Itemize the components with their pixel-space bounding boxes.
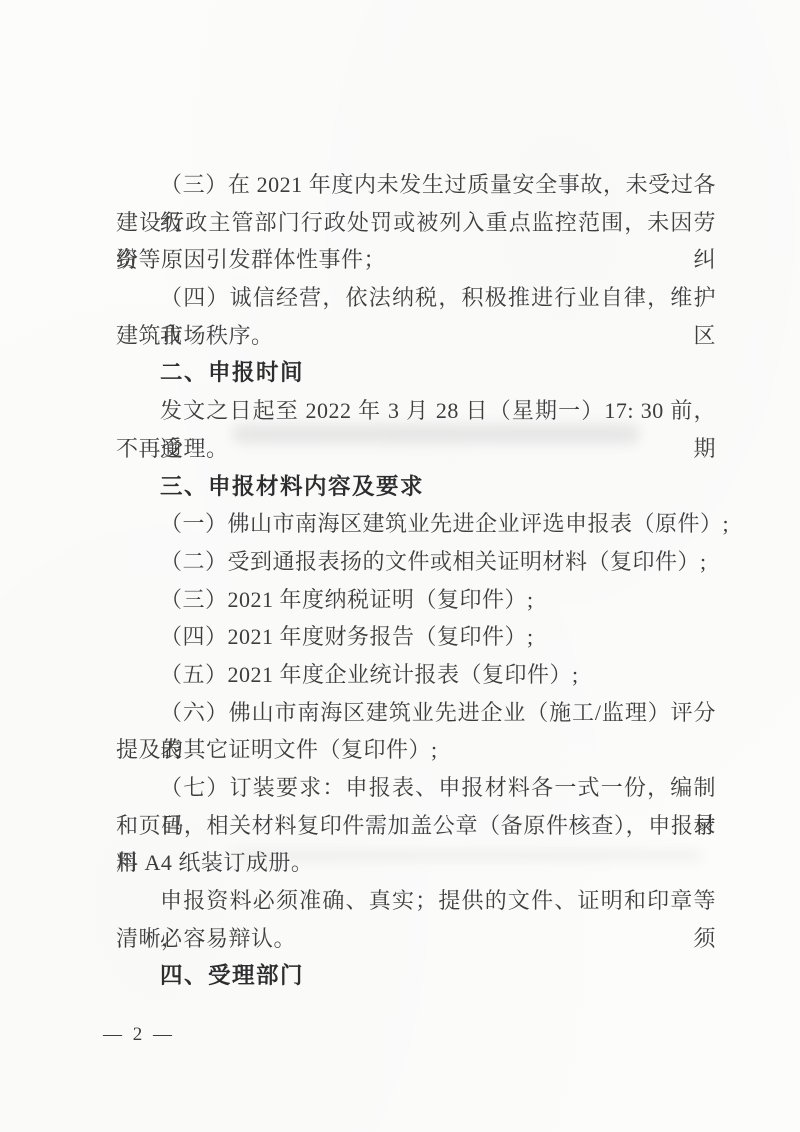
paragraph-condition-3-line-1: （三）在 2021 年度内未发生过质量安全事故，未受过各级	[116, 166, 716, 204]
heading-application-time: 二、申报时间	[116, 354, 716, 392]
heading-accepting-department: 四、受理部门	[116, 957, 716, 995]
page-number: — 2 —	[103, 1024, 175, 1046]
heading-materials-requirements: 三、申报材料内容及要求	[116, 468, 716, 506]
list-item-3: （三）2021 年度纳税证明（复印件）;	[116, 581, 716, 619]
list-item-7-line-2: 和页码，相关材料复印件需加盖公章（备原件核查），申报材料	[116, 807, 716, 845]
paragraph-condition-3-line-2: 建设行政主管部门行政处罚或被列入重点监控范围，未因劳资纠	[116, 204, 716, 242]
list-item-4: （四）2021 年度财务报告（复印件）;	[116, 618, 716, 656]
paragraph-deadline-line-1: 发文之日起至 2022 年 3 月 28 日（星期一）17: 30 前，逾期	[116, 392, 716, 430]
list-item-7-line-3: 用 A4 纸装订成册。	[116, 844, 716, 882]
paragraph-accuracy-line-1: 申报资料必须准确、真实；提供的文件、证明和印章等必须	[116, 882, 716, 920]
list-item-2: （二）受到通报表扬的文件或相关证明材料（复印件）;	[116, 543, 716, 581]
list-item-6-line-1: （六）佛山市南海区建筑业先进企业（施工/监理）评分表	[116, 694, 716, 732]
document-page: （三）在 2021 年度内未发生过质量安全事故，未受过各级 建设行政主管部门行政…	[0, 0, 800, 1132]
document-body: （三）在 2021 年度内未发生过质量安全事故，未受过各级 建设行政主管部门行政…	[116, 166, 716, 995]
list-item-5: （五）2021 年度企业统计报表（复印件）;	[116, 656, 716, 694]
list-item-7-line-1: （七）订装要求：申报表、申报材料各一式一份，编制目录	[116, 769, 716, 807]
paragraph-condition-4-line-1: （四）诚信经营，依法纳税，积极推进行业自律，维护我区	[116, 279, 716, 317]
list-item-1: （一）佛山市南海区建筑业先进企业评选申报表（原件）;	[116, 505, 716, 543]
list-item-6-line-2: 提及的其它证明文件（复印件）;	[116, 731, 716, 769]
